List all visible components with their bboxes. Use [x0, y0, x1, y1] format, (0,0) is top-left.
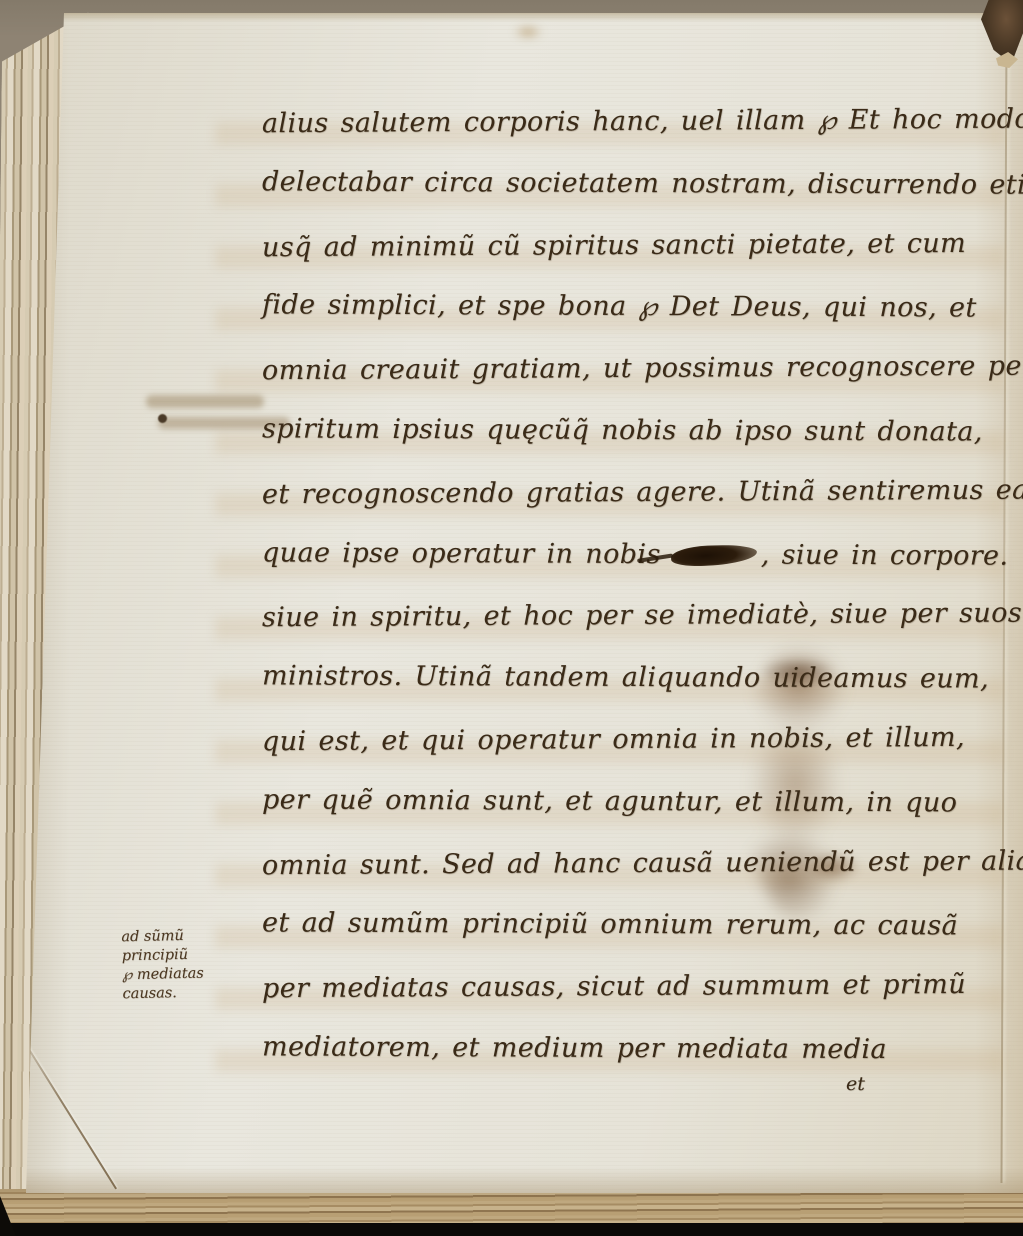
line-text-before-deletion: quae ipse operatur in nobis	[262, 537, 661, 570]
manuscript-line: et recognoscendo gratias agere. Utinã se…	[262, 476, 1002, 511]
line-text-after-deletion: , siue in corpore.	[761, 540, 1009, 572]
manuscript-line: ministros. Utinã tandem aliquando uideam…	[262, 661, 1002, 694]
manuscript-line: omnia sunt. Sed ad hanc causã ueniendũ e…	[262, 847, 1002, 882]
manuscript-page: alius salutem corporis hanc, uel illam ℘…	[0, 13, 1023, 1193]
manuscript-line: spiritum ipsius quęcũq̃ nobis ab ipso su…	[262, 414, 1002, 447]
marginal-note-line: ad sũmũ	[121, 926, 241, 948]
manuscript-line: usq̃ ad minimũ cũ spiritus sancti pietat…	[262, 229, 1002, 264]
manuscript-line: et ad sumũm principiũ omnium rerum, ac c…	[262, 908, 1002, 941]
manuscript-line: per mediatas causas, sicut ad summum et …	[262, 970, 1002, 1005]
manuscript-line: per quẽ omnia sunt, et aguntur, et illum…	[262, 785, 1002, 818]
marginal-note: ad sũmũ principiũ ℘ mediatas causas.	[121, 926, 243, 1004]
marginal-note-line: principiũ	[122, 945, 242, 967]
manuscript-photo: alius salutem corporis hanc, uel illam ℘…	[0, 0, 1023, 1236]
ink-blot-strikethrough	[670, 543, 757, 567]
manuscript-line: alius salutem corporis hanc, uel illam ℘…	[262, 105, 1002, 140]
manuscript-line: delectabar circa societatem nostram, dis…	[262, 167, 1002, 200]
manuscript-line: qui est, et qui operatur omnia in nobis,…	[262, 723, 1002, 758]
marginal-note-line: causas.	[122, 983, 242, 1005]
catchword: et	[846, 1073, 865, 1095]
marginal-note-line: ℘ mediatas	[122, 964, 242, 986]
text-block: alius salutem corporis hanc, uel illam ℘…	[0, 13, 1023, 1193]
manuscript-line: fide simplici, et spe bona ℘ Det Deus, q…	[262, 290, 1002, 323]
manuscript-line: omnia creauit gratiam, ut possimus recog…	[262, 352, 1002, 387]
manuscript-line: siue in spiritu, et hoc per se imediatè,…	[262, 599, 1002, 634]
manuscript-line: mediatorem, et medium per mediata media	[262, 1032, 1002, 1065]
background-shadow-bottom	[0, 1223, 1023, 1236]
manuscript-line-with-deletion: quae ipse operatur in nobis, siue in cor…	[262, 538, 1002, 571]
